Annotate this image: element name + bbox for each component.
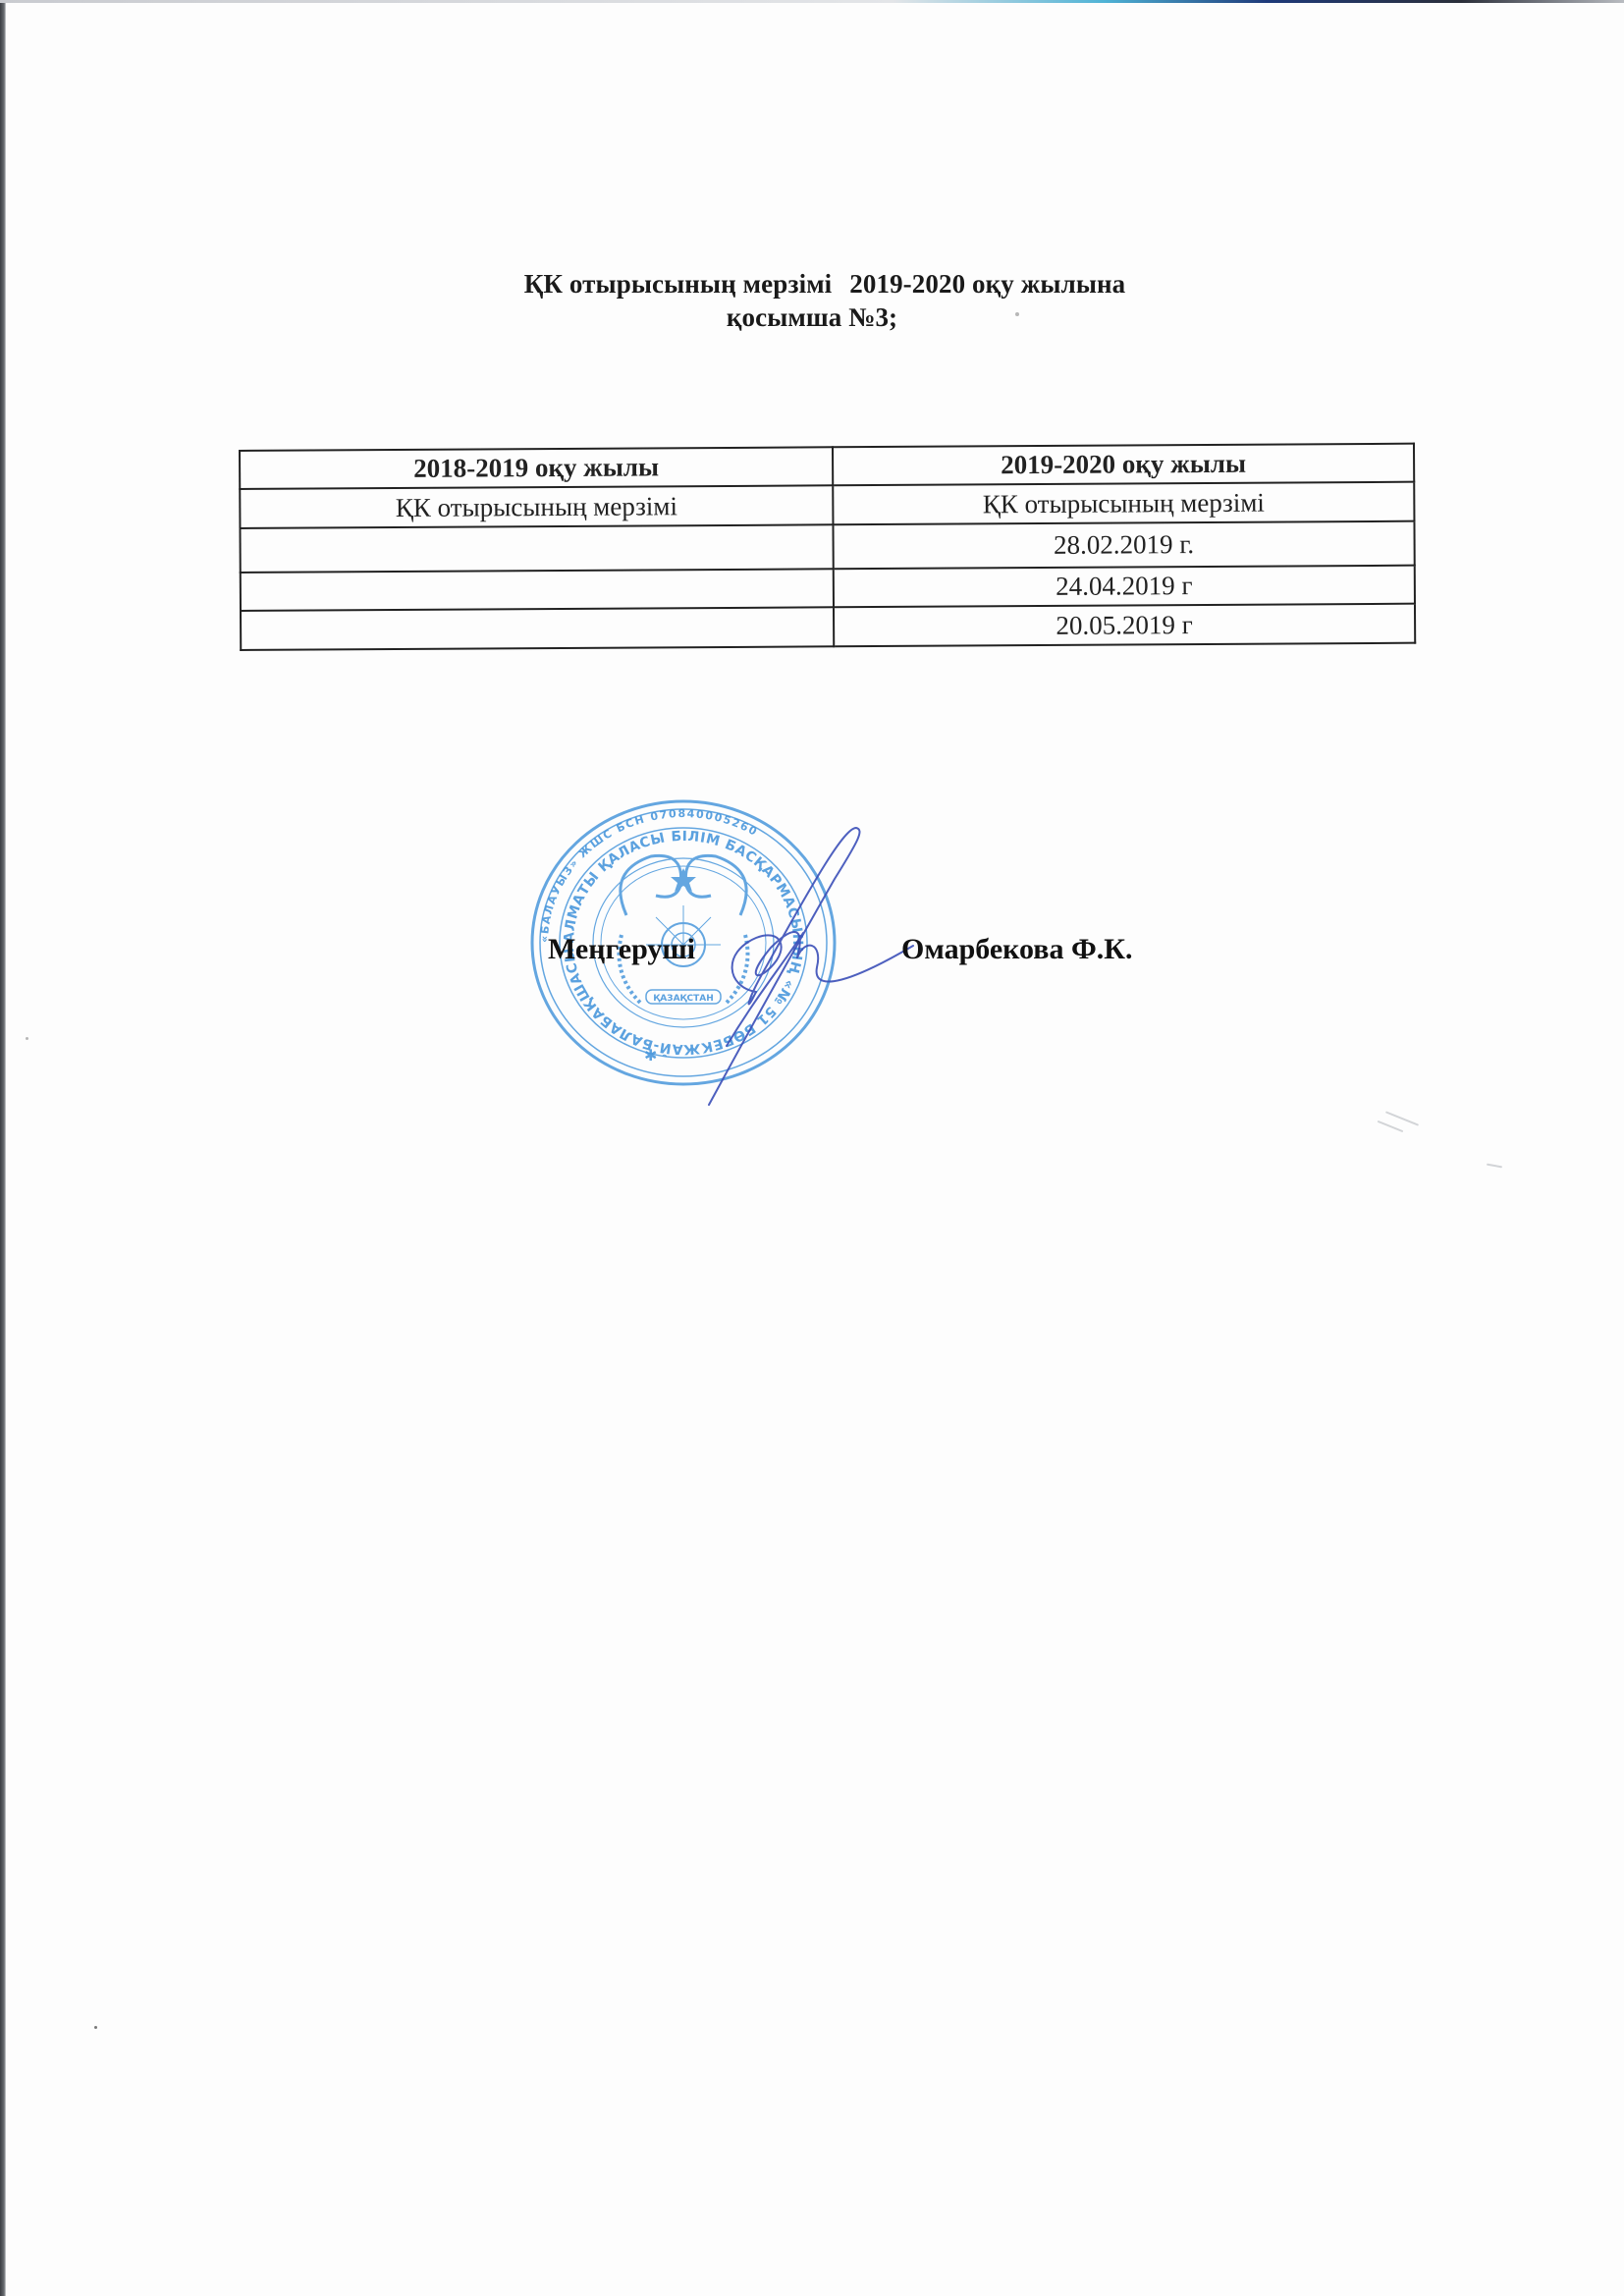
header-2019-2020: 2019-2020 оқу жылы: [833, 444, 1414, 486]
subheader-2018-2019: ҚК отырысының мерзімі: [240, 485, 833, 528]
cell-2019-2020: 20.05.2019 г: [834, 604, 1415, 647]
table-row: 20.05.2019 г: [241, 604, 1415, 650]
subheader-2019-2020: ҚК отырысының мерзімі: [833, 482, 1414, 525]
title-line-1: ҚК отырысының мерзімі2019-2020 оқу жылын…: [0, 267, 1624, 301]
scan-speck: [1015, 312, 1019, 316]
scan-edge-left: [0, 0, 6, 2296]
scan-smudge: [1487, 1164, 1502, 1169]
cell-2019-2020: 28.02.2019 г.: [833, 521, 1414, 570]
document-title: ҚК отырысының мерзімі2019-2020 оқу жылын…: [0, 267, 1624, 334]
cell-2019-2020: 24.04.2019 г: [834, 566, 1415, 608]
title-year: 2019-2020 оқу жылына: [849, 269, 1125, 299]
scan-speck: [26, 1037, 28, 1040]
scan-smudge: [1378, 1121, 1404, 1132]
scan-speck: [94, 2026, 97, 2029]
cell-2018-2019: [241, 569, 834, 611]
scan-smudge: [1385, 1111, 1419, 1125]
signatory-role: Меңгеруші: [548, 933, 695, 966]
header-2018-2019: 2018-2019 оқу жылы: [240, 447, 833, 489]
title-subject: ҚК отырысының мерзімі: [524, 269, 833, 299]
table-row: 28.02.2019 г.: [240, 521, 1414, 573]
cell-2018-2019: [240, 524, 833, 573]
scan-edge-top: [0, 0, 1624, 3]
signatory-name: Омарбекова Ф.К.: [901, 933, 1133, 966]
svg-text:✱: ✱: [644, 1046, 657, 1065]
meeting-dates-table: 2018-2019 оқу жылы 2019-2020 оқу жылы ҚК…: [239, 443, 1414, 651]
title-line-2: қосымша №3;: [0, 301, 1624, 334]
cell-2018-2019: [241, 607, 834, 650]
handwritten-signature: [687, 820, 923, 1115]
